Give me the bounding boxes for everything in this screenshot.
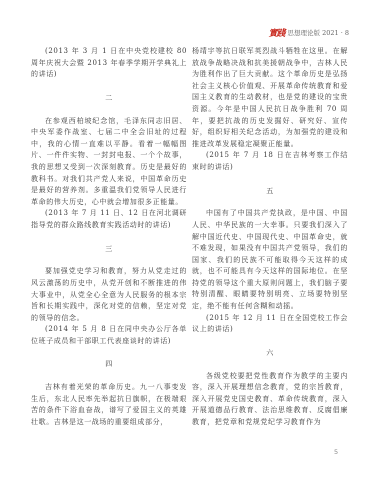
section-heading: 四 (31, 347, 187, 382)
edition-label: 思想理论版 2021 · 8 (288, 28, 349, 37)
speech-source: (2013 年 3 月 1 日在中央党校建校 80 周年庆祝大会暨 2013 年… (31, 46, 187, 81)
section-heading: 五 (192, 174, 348, 209)
speech-source: (2015 年 7 月 18 日在吉林考察工作结束时的讲话) (192, 150, 348, 173)
page-number: 5 (334, 448, 338, 456)
speech-source: (2013 年 7 月 11 日、12 日在河北调研指导党的群众路线教育实践活动… (31, 208, 187, 231)
left-column: (2013 年 3 月 1 日在中央党校建校 80 周年庆祝大会暨 2013 年… (31, 46, 187, 429)
body-paragraph: 各级党校要把党性教育作为教学的主要内容，深入开展理想信念教育，党的宗旨教育，深入… (192, 371, 348, 429)
body-paragraph: 要加强党史学习和教育，努力从党走过的风云激荡的历史中，从党开创和不断推进的伟大事… (31, 266, 187, 324)
section-heading: 二 (31, 81, 187, 116)
page-header: 實踐 思想理论版 2021 · 8 (269, 26, 349, 38)
speech-source: (2014 年 5 月 8 日在同中央办公厅各单位班子成员和干部职工代表座谈时的… (31, 324, 187, 347)
speech-source: (2015 年 12 月 11 日在全国党校工作会议上的讲话) (192, 313, 348, 336)
right-column: 杨靖宇等抗日联军英烈战斗牺牲在这里。在解放战争战略决战和抗美援朝战争中，吉林人民… (192, 46, 348, 429)
continued-paragraph: 杨靖宇等抗日联军英烈战斗牺牲在这里。在解放战争战略决战和抗美援朝战争中，吉林人民… (192, 46, 348, 150)
publication-logo: 實踐 (269, 26, 285, 39)
body-paragraph: 在参观西柏坡纪念馆，毛泽东同志旧居、中央军委作战室、七届二中全会旧址的过程中，我… (31, 116, 187, 209)
section-heading: 六 (192, 336, 348, 371)
body-paragraph: 中国有了中国共产党执政，是中国、中国人民、中华民族的一大幸事。只要我们深入了解中… (192, 208, 348, 312)
section-heading: 三 (31, 232, 187, 267)
body-paragraph: 吉林有着光荣的革命历史。九一八事变发生后，东北人民率先举起抗日旗帜，在极端艰苦的… (31, 382, 187, 428)
